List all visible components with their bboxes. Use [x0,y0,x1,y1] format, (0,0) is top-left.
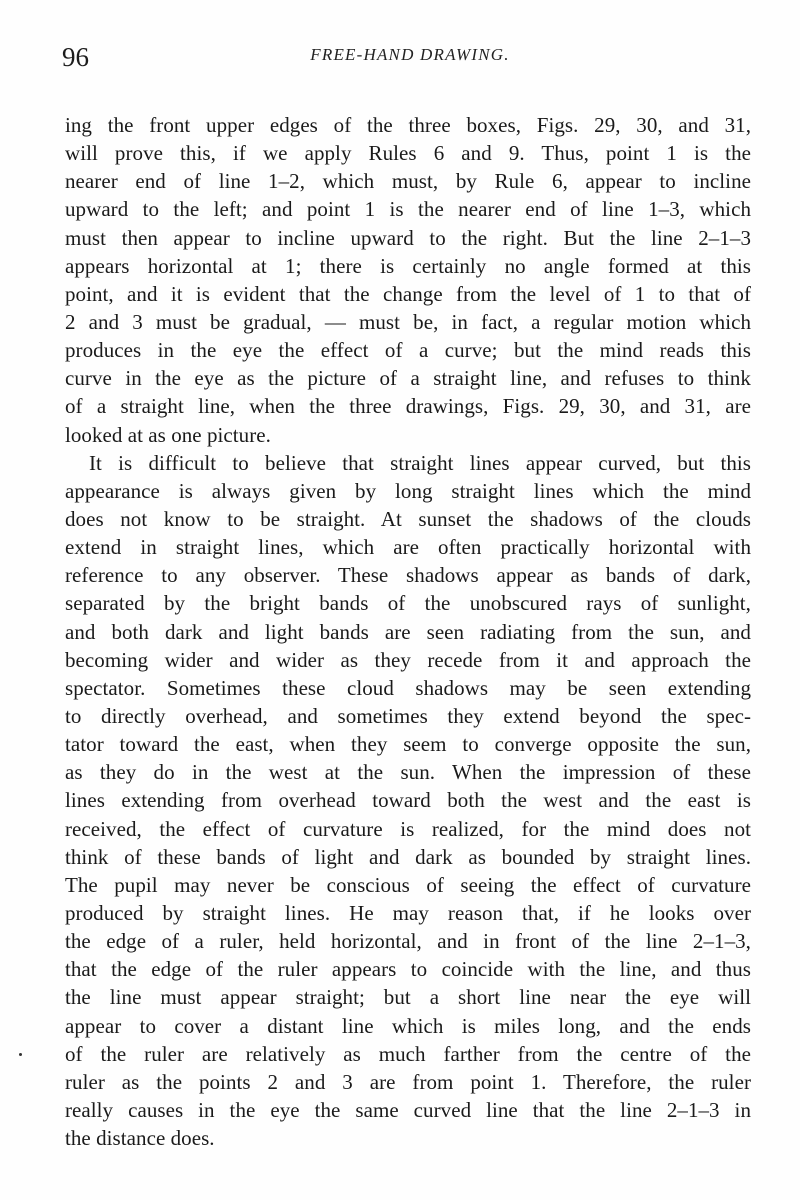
text-line: It is difficult to believe that straight… [65,449,751,477]
text-line: produced by straight lines. He may reaso… [65,899,751,927]
text-line: appearance is always given by long strai… [65,477,751,505]
text-line: that the edge of the ruler appears to co… [65,955,751,983]
text-line: reference to any observer. These shadows… [65,561,751,589]
text-line: ruler as the points 2 and 3 are from poi… [65,1068,751,1096]
paragraph-1: ing the front upper edges of the three b… [65,111,751,449]
text-line: 2 and 3 must be gradual, — must be, in f… [65,308,751,336]
body-text: ing the front upper edges of the three b… [65,111,751,1152]
text-line: as they do in the west at the sun. When … [65,758,751,786]
text-line: tator toward the east, when they seem to… [65,730,751,758]
text-line: of a straight line, when the three drawi… [65,392,751,420]
text-line: really causes in the eye the same curved… [65,1096,751,1124]
text-line: point, and it is evident that the change… [65,280,751,308]
text-line: upward to the left; and point 1 is the n… [65,195,751,223]
text-line: produces in the eye the effect of a curv… [65,336,751,364]
text-line: will prove this, if we apply Rules 6 and… [65,139,751,167]
text-line: and both dark and light bands are seen r… [65,618,751,646]
book-page: 96 FREE-HAND DRAWING. ing the front uppe… [0,0,800,1200]
text-line: ing the front upper edges of the three b… [65,111,751,139]
text-line: the edge of a ruler, held horizontal, an… [65,927,751,955]
text-line: to directly overhead, and sometimes they… [65,702,751,730]
text-line: spectator. Sometimes these cloud shadows… [65,674,751,702]
text-line: appears horizontal at 1; there is certai… [65,252,751,280]
text-line: the distance does. [65,1124,751,1152]
text-line: The pupil may never be conscious of seei… [65,871,751,899]
text-line: of the ruler are relatively as much fart… [65,1040,751,1068]
text-line: becoming wider and wider as they recede … [65,646,751,674]
text-line: the line must appear straight; but a sho… [65,983,751,1011]
text-line: lines extending from overhead toward bot… [65,786,751,814]
text-line: looked at as one picture. [65,421,751,449]
paragraph-2: It is difficult to believe that straight… [65,449,751,1153]
text-line: think of these bands of light and dark a… [65,843,751,871]
text-line: curve in the eye as the picture of a str… [65,364,751,392]
text-line: separated by the bright bands of the uno… [65,589,751,617]
text-line: must then appear to incline upward to th… [65,224,751,252]
text-line: nearer end of line 1–2, which must, by R… [65,167,751,195]
text-line: does not know to be straight. At sunset … [65,505,751,533]
text-line: received, the effect of curvature is rea… [65,815,751,843]
print-speck [19,1053,22,1056]
text-line: extend in straight lines, which are ofte… [65,533,751,561]
text-line: appear to cover a distant line which is … [65,1012,751,1040]
running-head: FREE-HAND DRAWING. [0,45,800,65]
